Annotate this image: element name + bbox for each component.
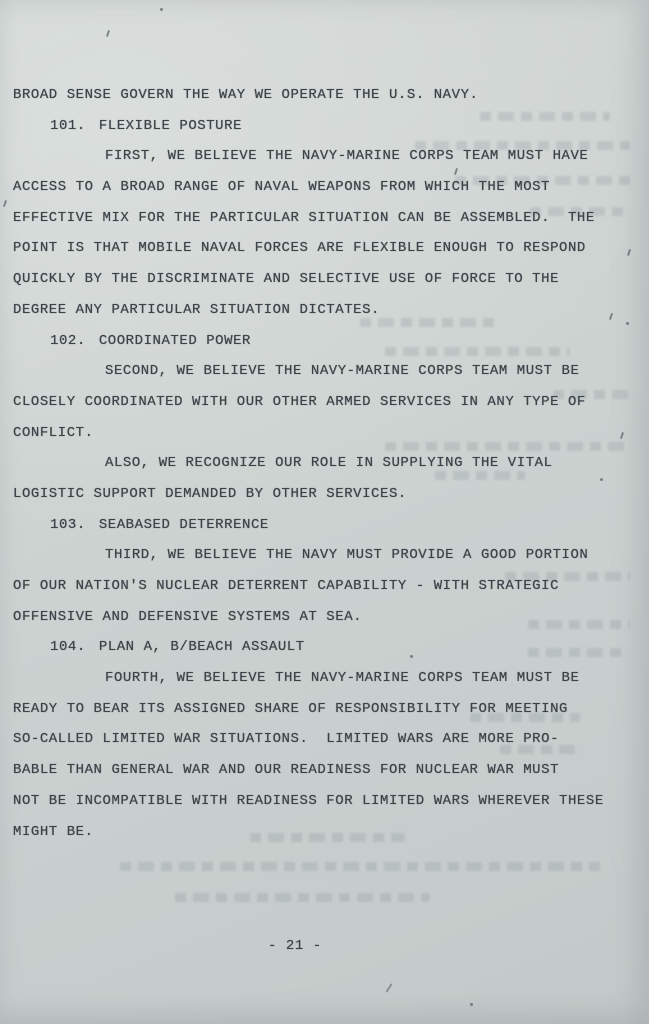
text-line: ACCESS TO A BROAD RANGE OF NAVAL WEAPONS…: [13, 172, 637, 203]
section-title: FLEXIBLE POSTURE: [86, 118, 242, 134]
document-page: BROAD SENSE GOVERN THE WAY WE OPERATE TH…: [0, 0, 649, 1024]
section-title: COORDINATED POWER: [86, 333, 251, 349]
text-line: QUICKLY BY THE DISCRIMINATE AND SELECTIV…: [13, 264, 637, 295]
page-number: - 21 -: [268, 938, 322, 954]
text-line: CONFLICT.: [13, 418, 637, 449]
text-line: BABLE THAN GENERAL WAR AND OUR READINESS…: [13, 755, 637, 786]
text-line: DEGREE ANY PARTICULAR SITUATION DICTATES…: [13, 295, 637, 326]
section-number: 103.: [50, 517, 86, 533]
text-line: LOGISTIC SUPPORT DEMANDED BY OTHER SERVI…: [13, 479, 637, 510]
text-line: NOT BE INCOMPATIBLE WITH READINESS FOR L…: [13, 786, 637, 817]
text-line: SO-CALLED LIMITED WAR SITUATIONS. LIMITE…: [13, 724, 637, 755]
ink-speck: [106, 30, 110, 37]
text-line: CLOSELY COORDINATED WITH OUR OTHER ARMED…: [13, 387, 637, 418]
text-line: MIGHT BE.: [13, 817, 637, 848]
ink-speck: [3, 200, 7, 207]
text-lines: BROAD SENSE GOVERN THE WAY WE OPERATE TH…: [13, 80, 637, 847]
ink-speck: [470, 1003, 473, 1006]
text-line: THIRD, WE BELIEVE THE NAVY MUST PROVIDE …: [13, 540, 637, 571]
text-line: READY TO BEAR ITS ASSIGNED SHARE OF RESP…: [13, 694, 637, 725]
section-number: 101.: [50, 118, 86, 134]
section-heading: 103.SEABASED DETERRENCE: [13, 510, 637, 541]
text-line: BROAD SENSE GOVERN THE WAY WE OPERATE TH…: [13, 80, 637, 111]
section-number: 102.: [50, 333, 86, 349]
section-heading: 104.PLAN A, B/BEACH ASSAULT: [13, 632, 637, 663]
text-line: EFFECTIVE MIX FOR THE PARTICULAR SITUATI…: [13, 203, 637, 234]
bleedthrough-mark: [120, 862, 600, 871]
section-heading: 101.FLEXIBLE POSTURE: [13, 111, 637, 142]
bleedthrough-mark: [175, 893, 430, 902]
section-number: 104.: [50, 639, 86, 655]
section-heading: 102.COORDINATED POWER: [13, 326, 637, 357]
text-line: FOURTH, WE BELIEVE THE NAVY-MARINE CORPS…: [13, 663, 637, 694]
text-line: POINT IS THAT MOBILE NAVAL FORCES ARE FL…: [13, 233, 637, 264]
section-title: PLAN A, B/BEACH ASSAULT: [86, 639, 305, 655]
ink-speck: [160, 8, 163, 11]
text-line: OFFENSIVE AND DEFENSIVE SYSTEMS AT SEA.: [13, 602, 637, 633]
text-line: OF OUR NATION'S NUCLEAR DETERRENT CAPABI…: [13, 571, 637, 602]
text-line: SECOND, WE BELIEVE THE NAVY-MARINE CORPS…: [13, 356, 637, 387]
text-line: FIRST, WE BELIEVE THE NAVY-MARINE CORPS …: [13, 141, 637, 172]
section-title: SEABASED DETERRENCE: [86, 517, 269, 533]
text-line: ALSO, WE RECOGNIZE OUR ROLE IN SUPPLYING…: [13, 448, 637, 479]
ink-speck: [386, 983, 393, 993]
